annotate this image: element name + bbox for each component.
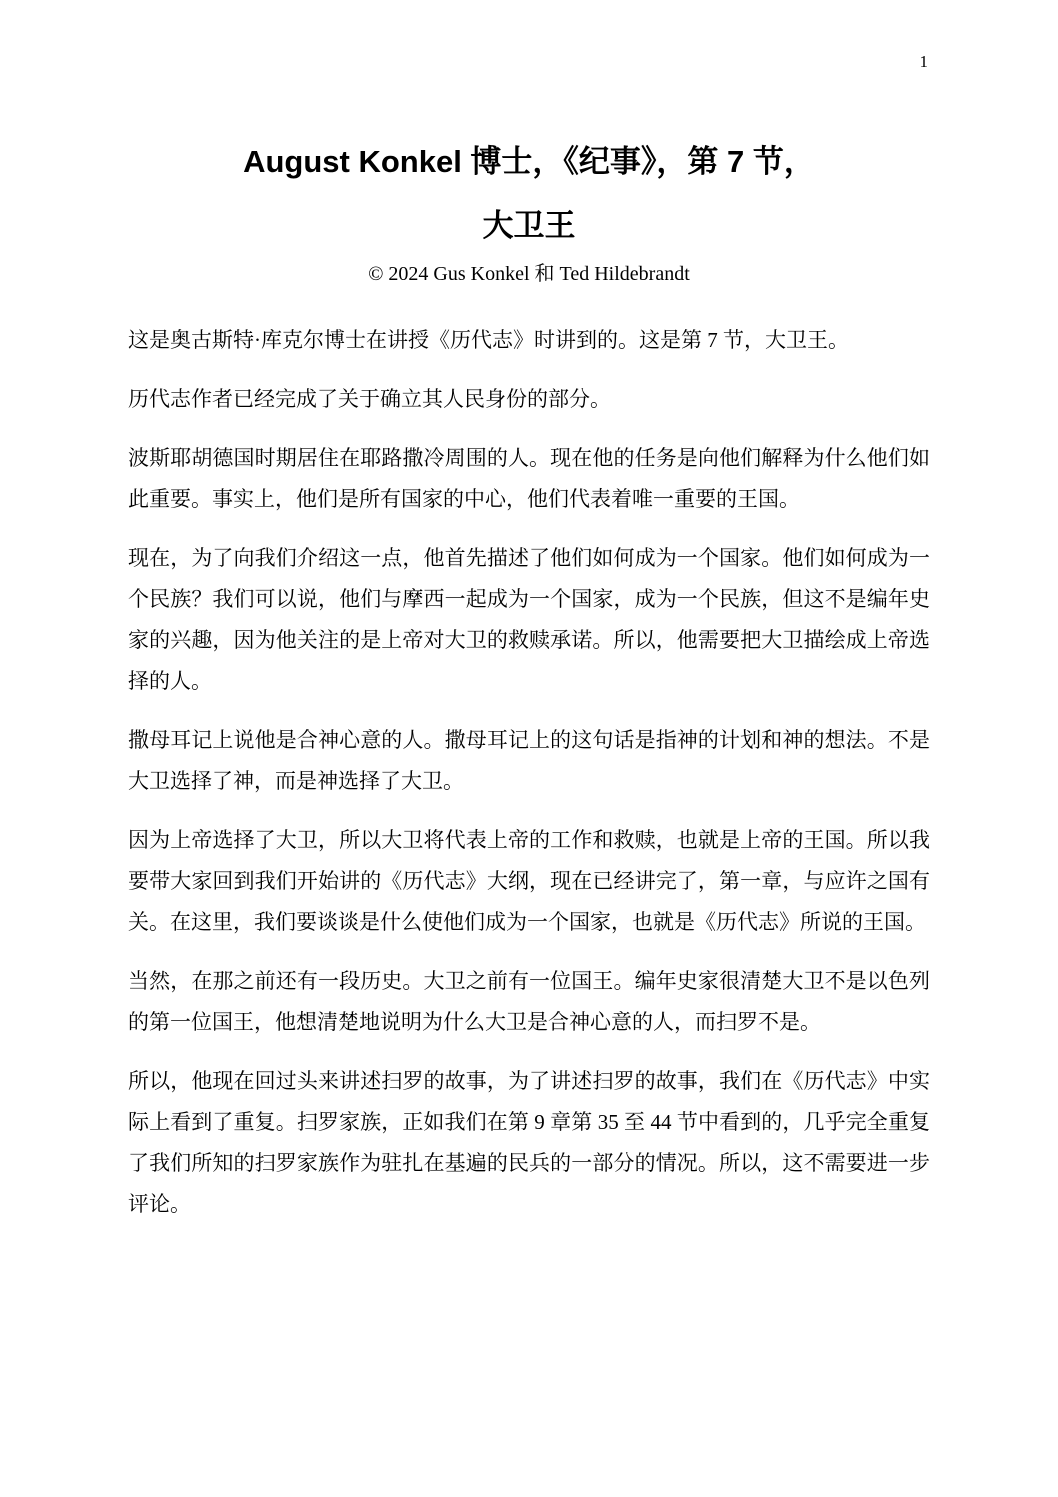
paragraph-8: 所以，他现在回过头来讲述扫罗的故事，为了讲述扫罗的故事，我们在《历代志》中实际上… xyxy=(128,1061,930,1225)
paragraph-5: 撒母耳记上说他是合神心意的人。撒母耳记上的这句话是指神的计划和神的想法。不是大卫… xyxy=(128,720,930,802)
copyright-line: © 2024 Gus Konkel 和 Ted Hildebrandt xyxy=(0,261,1058,287)
title-line-1: August Konkel 博士，《纪事》，第 7 节， xyxy=(0,130,1058,194)
document-page: 1 August Konkel 博士，《纪事》，第 7 节， 大卫王 © 202… xyxy=(0,0,1058,1497)
paragraph-4: 现在，为了向我们介绍这一点，他首先描述了他们如何成为一个国家。他们如何成为一个民… xyxy=(128,538,930,702)
paragraph-3: 波斯耶胡德国时期居住在耶路撒冷周围的人。现在他的任务是向他们解释为什么他们如此重… xyxy=(128,438,930,520)
paragraph-6: 因为上帝选择了大卫，所以大卫将代表上帝的工作和救赎，也就是上帝的王国。所以我要带… xyxy=(128,820,930,943)
paragraph-7: 当然，在那之前还有一段历史。大卫之前有一位国王。编年史家很清楚大卫不是以色列的第… xyxy=(128,961,930,1043)
paragraph-2: 历代志作者已经完成了关于确立其人民身份的部分。 xyxy=(128,379,930,420)
title-line-2: 大卫王 xyxy=(0,194,1058,258)
page-number: 1 xyxy=(920,52,929,72)
document-body: 这是奥古斯特·库克尔博士在讲授《历代志》时讲到的。这是第 7 节，大卫王。 历代… xyxy=(0,320,1058,1225)
document-title: August Konkel 博士，《纪事》，第 7 节， 大卫王 xyxy=(0,0,1058,258)
paragraph-1: 这是奥古斯特·库克尔博士在讲授《历代志》时讲到的。这是第 7 节，大卫王。 xyxy=(128,320,930,361)
